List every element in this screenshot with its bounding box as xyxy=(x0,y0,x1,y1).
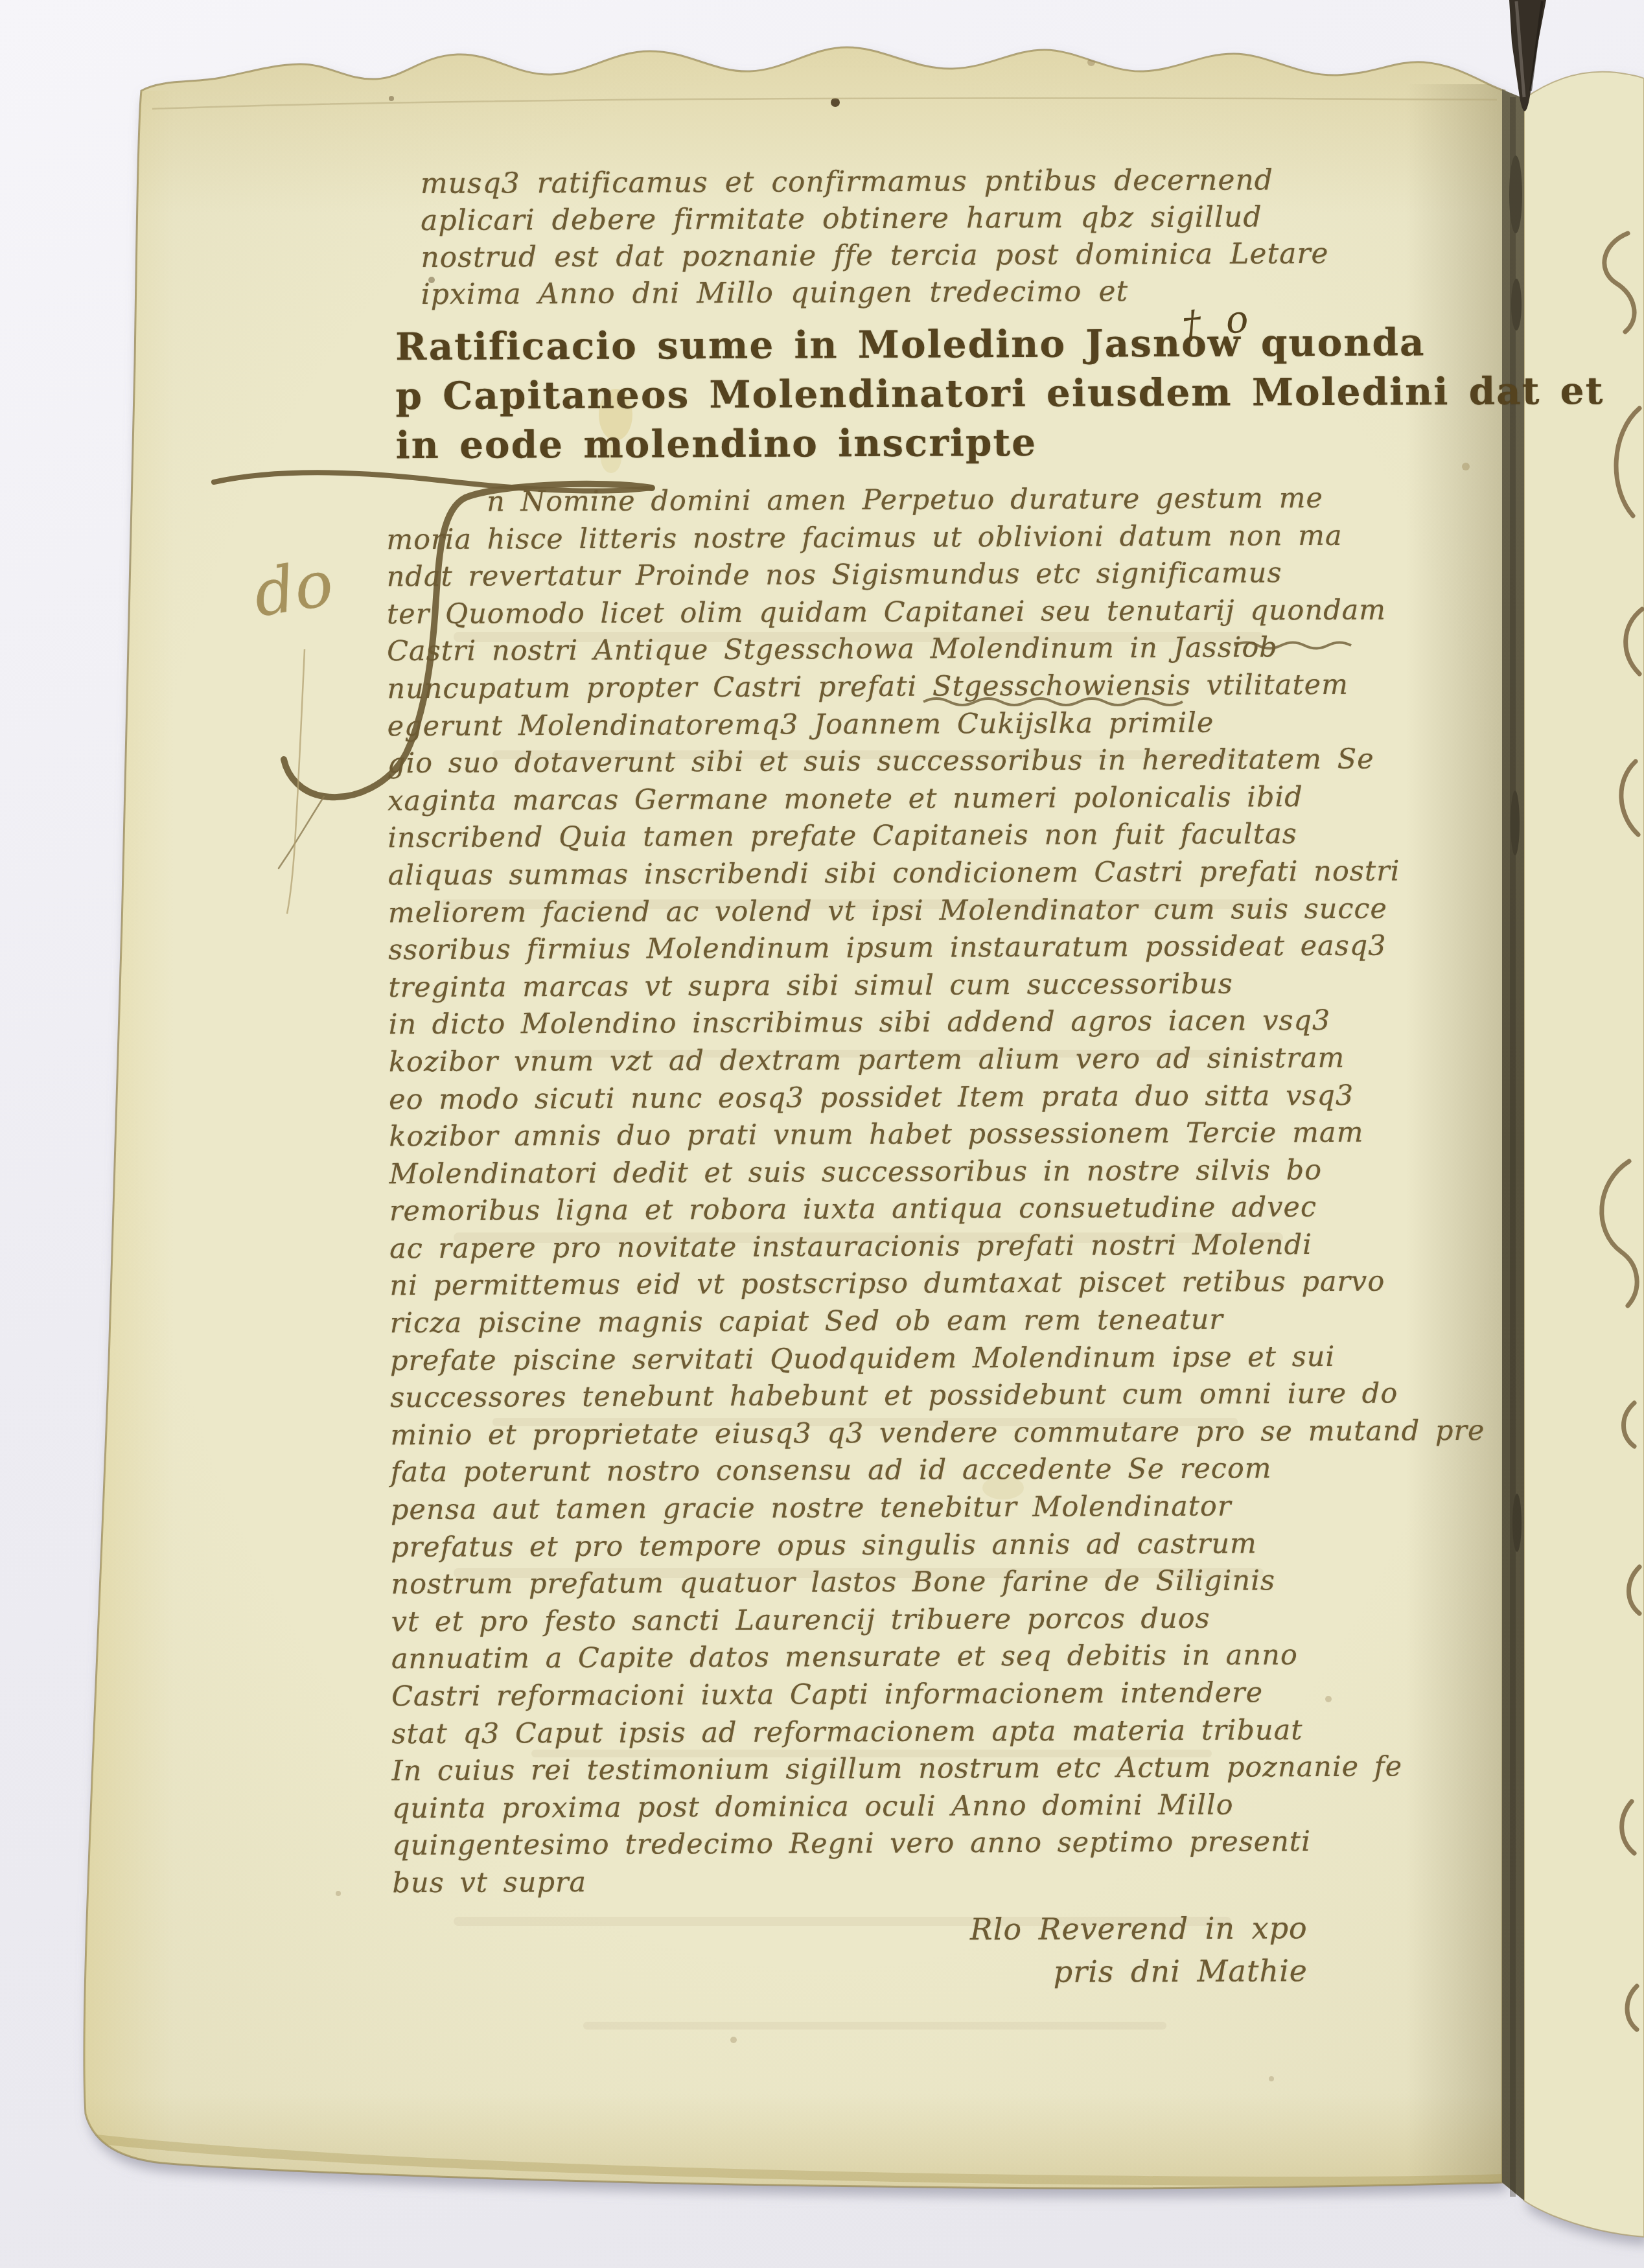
signature-line: Rlo Reverend in xpo xyxy=(393,1906,1308,1953)
text-line: In cuius rei testimonium sigillum nostru… xyxy=(392,1749,1358,1790)
text-line: xaginta marcas Germane monete et numeri … xyxy=(388,779,1353,820)
text-line: vt et pro festo sancti Laurencij tribuer… xyxy=(391,1600,1357,1641)
text-line: kozibor vnum vzt ad dextram partem alium… xyxy=(389,1040,1354,1082)
closing-of-previous-entry: musq3 ratificamus et confirmamus pntibus… xyxy=(385,161,1351,313)
heading-line: in eode molendino inscripte xyxy=(396,417,1352,470)
heading-paraph-mark: † o xyxy=(1180,295,1257,347)
text-line: successores tenebunt habebunt et posside… xyxy=(390,1376,1356,1417)
text-line: meliorem faciend ac volend vt ipsi Molen… xyxy=(388,890,1354,932)
text-line: Molendinatori dedit et suis successoribu… xyxy=(389,1151,1355,1193)
manuscript-text: musq3 ratificamus et confirmamus pntibus… xyxy=(385,161,1358,1996)
entry-body: n Nomine domini amen Perpetuo durature g… xyxy=(386,480,1358,1903)
text-line: fata poterunt nostro consensu ad id acce… xyxy=(391,1450,1356,1492)
text-line: moria hisce litteris nostre facimus ut o… xyxy=(386,517,1352,559)
signature-line: pris dni Mathie xyxy=(393,1949,1308,1996)
relation-note: Rlo Reverend in xpopris dni Mathie xyxy=(393,1906,1359,1996)
text-line: musq3 ratificamus et confirmamus pntibus… xyxy=(421,161,1350,202)
manuscript-photo: { "photo": { "scene": "bound parchment m… xyxy=(0,0,1644,2268)
text-line: gio suo dotaverunt sibi et suis successo… xyxy=(388,741,1353,783)
marginal-mark: do xyxy=(249,546,338,632)
text-line: remoribus ligna et robora iuxta antiqua … xyxy=(389,1189,1355,1231)
text-line: nostrud est dat poznanie ffe tercia post… xyxy=(421,235,1350,276)
text-line: annuatim a Capite datos mensurate et seq… xyxy=(391,1637,1357,1678)
text-line: quinta proxima post dominica oculi Anno … xyxy=(392,1787,1358,1828)
text-line: quingentesimo tredecimo Regni vero anno … xyxy=(392,1823,1358,1865)
text-line: prefate piscine servitati Quodquidem Mol… xyxy=(390,1338,1356,1380)
heading-line: p Capitaneos Molendinatori eiusdem Moled… xyxy=(395,367,1351,421)
text-line: bus vt supra xyxy=(392,1861,1358,1903)
text-line: egerunt Molendinatoremq3 Joannem Cukijsl… xyxy=(387,704,1352,745)
text-line: kozibor amnis duo prati vnum habet posse… xyxy=(389,1115,1354,1156)
text-line: ni permittemus eid vt postscripso dumtax… xyxy=(389,1264,1355,1305)
text-line: nostrum prefatum quatuor lastos Bone far… xyxy=(391,1562,1356,1604)
text-line: n Nomine domini amen Perpetuo durature g… xyxy=(386,480,1352,522)
text-line: ac rapere pro novitate instauracionis pr… xyxy=(389,1227,1355,1268)
text-line: nuncupatum propter Castri prefati Stgess… xyxy=(387,667,1352,708)
text-line: ter Quomodo licet olim quidam Capitanei … xyxy=(387,592,1352,634)
text-line: minio et proprietate eiusq3 q3 vendere c… xyxy=(390,1413,1356,1455)
text-line: stat q3 Caput ipsis ad reformacionem apt… xyxy=(391,1711,1357,1753)
text-line: inscribend Quia tamen prefate Capitaneis… xyxy=(388,816,1353,857)
text-line: ssoribus firmius Molendinum ipsum instau… xyxy=(388,928,1354,969)
text-line: pensa aut tamen gracie nostre tenebitur … xyxy=(391,1488,1356,1529)
text-line: Castri reformacioni iuxta Capti informac… xyxy=(391,1674,1357,1716)
text-line: aliquas summas inscribendi sibi condicio… xyxy=(388,853,1354,895)
text-line: in dicto Molendino inscribimus sibi adde… xyxy=(389,1002,1354,1044)
text-line: ricza piscine magnis capiat Sed ob eam r… xyxy=(390,1301,1356,1343)
text-line: eo modo sicuti nunc eosq3 possidet Item … xyxy=(389,1077,1354,1118)
text-line: aplicari debere firmitate obtinere harum… xyxy=(421,198,1350,239)
text-line: prefatus et pro tempore opus singulis an… xyxy=(391,1525,1356,1566)
text-line: Castri nostri Antique Stgesschowa Molend… xyxy=(387,629,1352,671)
text-line: ndat revertatur Proinde nos Sigismundus … xyxy=(386,555,1352,596)
text-line: treginta marcas vt supra sibi simul cum … xyxy=(388,965,1354,1006)
